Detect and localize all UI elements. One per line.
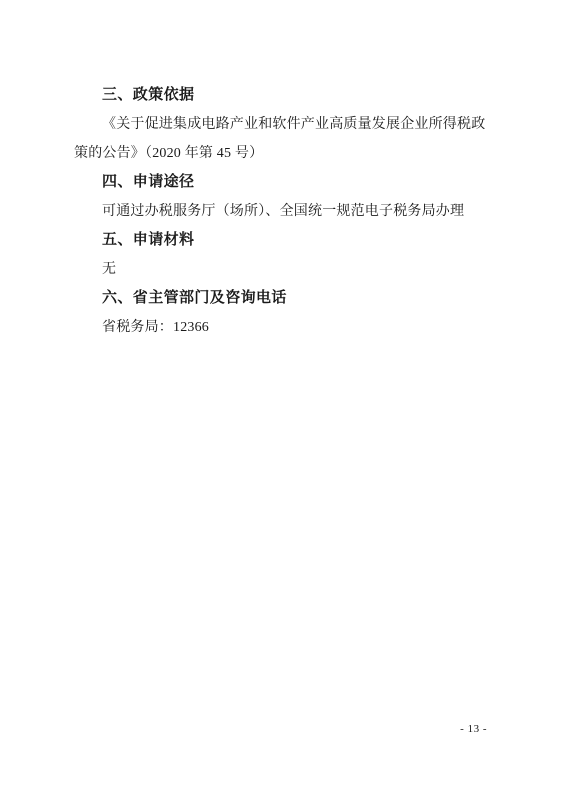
document-body: 三、政策依据 《关于促进集成电路产业和软件产业高质量发展企业所得税政 策的公告》… [74,81,487,342]
paragraph-application-materials: 无 [74,255,487,284]
paragraph-policy-basis-line1: 《关于促进集成电路产业和软件产业高质量发展企业所得税政 [74,110,487,139]
heading-policy-basis: 三、政策依据 [74,81,487,110]
heading-application-materials: 五、申请材料 [74,226,487,255]
document-page: 三、政策依据 《关于促进集成电路产业和软件产业高质量发展企业所得税政 策的公告》… [0,0,561,793]
paragraph-application-channel: 可通过办税服务厅（场所）、全国统一规范电子税务局办理 [74,197,487,226]
paragraph-policy-basis-line2: 策的公告》（2020 年第 45 号） [74,139,487,168]
heading-application-channel: 四、申请途径 [74,168,487,197]
page-number: - 13 - [460,722,487,736]
paragraph-authority-contact: 省税务局：12366 [74,313,487,342]
heading-authority-contact: 六、省主管部门及咨询电话 [74,284,487,313]
